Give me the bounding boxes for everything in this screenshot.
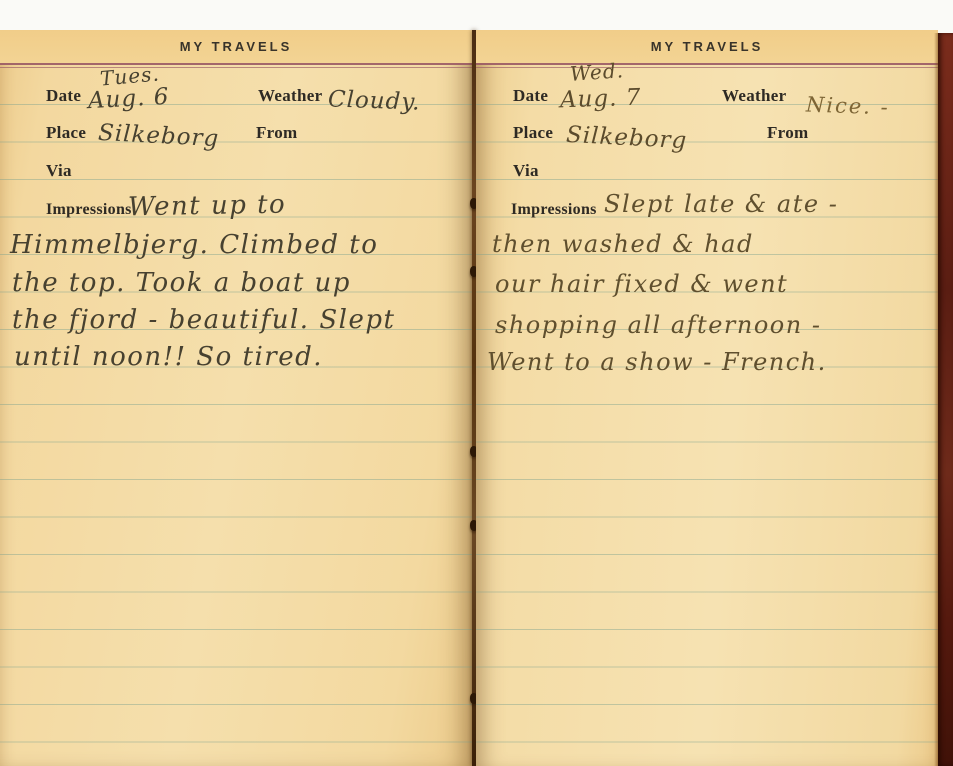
date-label: Date [46,86,81,106]
diary-page-right: MY TRAVELS Date Wed. Aug. 7 Weather Nice… [476,30,938,766]
date-label: Date [513,86,548,106]
header-rule [0,63,472,69]
page-header-band: MY TRAVELS [0,30,472,63]
from-label: From [256,123,297,143]
page-title: MY TRAVELS [651,39,764,54]
diary-open-book: MY TRAVELS Date Tues. Aug. 6 Weather Clo… [0,0,953,766]
impressions-line: shopping all afternoon - [495,311,821,339]
place-value-handwriting: Silkeborg [565,122,688,154]
page-header-band: MY TRAVELS [476,30,938,63]
place-label: Place [46,123,86,143]
header-rule [476,63,938,69]
weather-value-handwriting: Nice. - [806,93,891,120]
page-title: MY TRAVELS [180,39,293,54]
impressions-line: our hair fixed & went [495,270,788,298]
book-cover-edge [938,33,953,766]
date-day-handwriting: Wed. [569,58,624,86]
via-label: Via [513,161,539,181]
impressions-line: until noon!! So tired. [14,342,323,372]
impressions-label: Impressions [511,201,597,219]
place-value-handwriting: Silkeborg [97,120,220,152]
via-label: Via [46,161,72,181]
impressions-line: Himmelbjerg. Climbed to [10,230,378,260]
from-label: From [767,123,808,143]
impressions-line: Went to a show - French. [487,348,827,376]
impressions-line: the fjord - beautiful. Slept [12,305,395,335]
impressions-line: Went up to [128,190,287,223]
impressions-line: then washed & had [492,230,754,258]
impressions-line: Slept late & ate - [604,190,838,218]
weather-value-handwriting: Cloudy. [328,86,421,115]
impressions-label: Impressions [46,201,132,219]
weather-label: Weather [722,86,786,106]
date-value-handwriting: Aug. 7 [560,85,642,114]
date-value-handwriting: Aug. 6 [87,84,170,114]
weather-label: Weather [258,86,322,106]
place-label: Place [513,123,553,143]
impressions-line: the top. Took a boat up [12,268,351,298]
diary-page-left: MY TRAVELS Date Tues. Aug. 6 Weather Clo… [0,30,472,766]
